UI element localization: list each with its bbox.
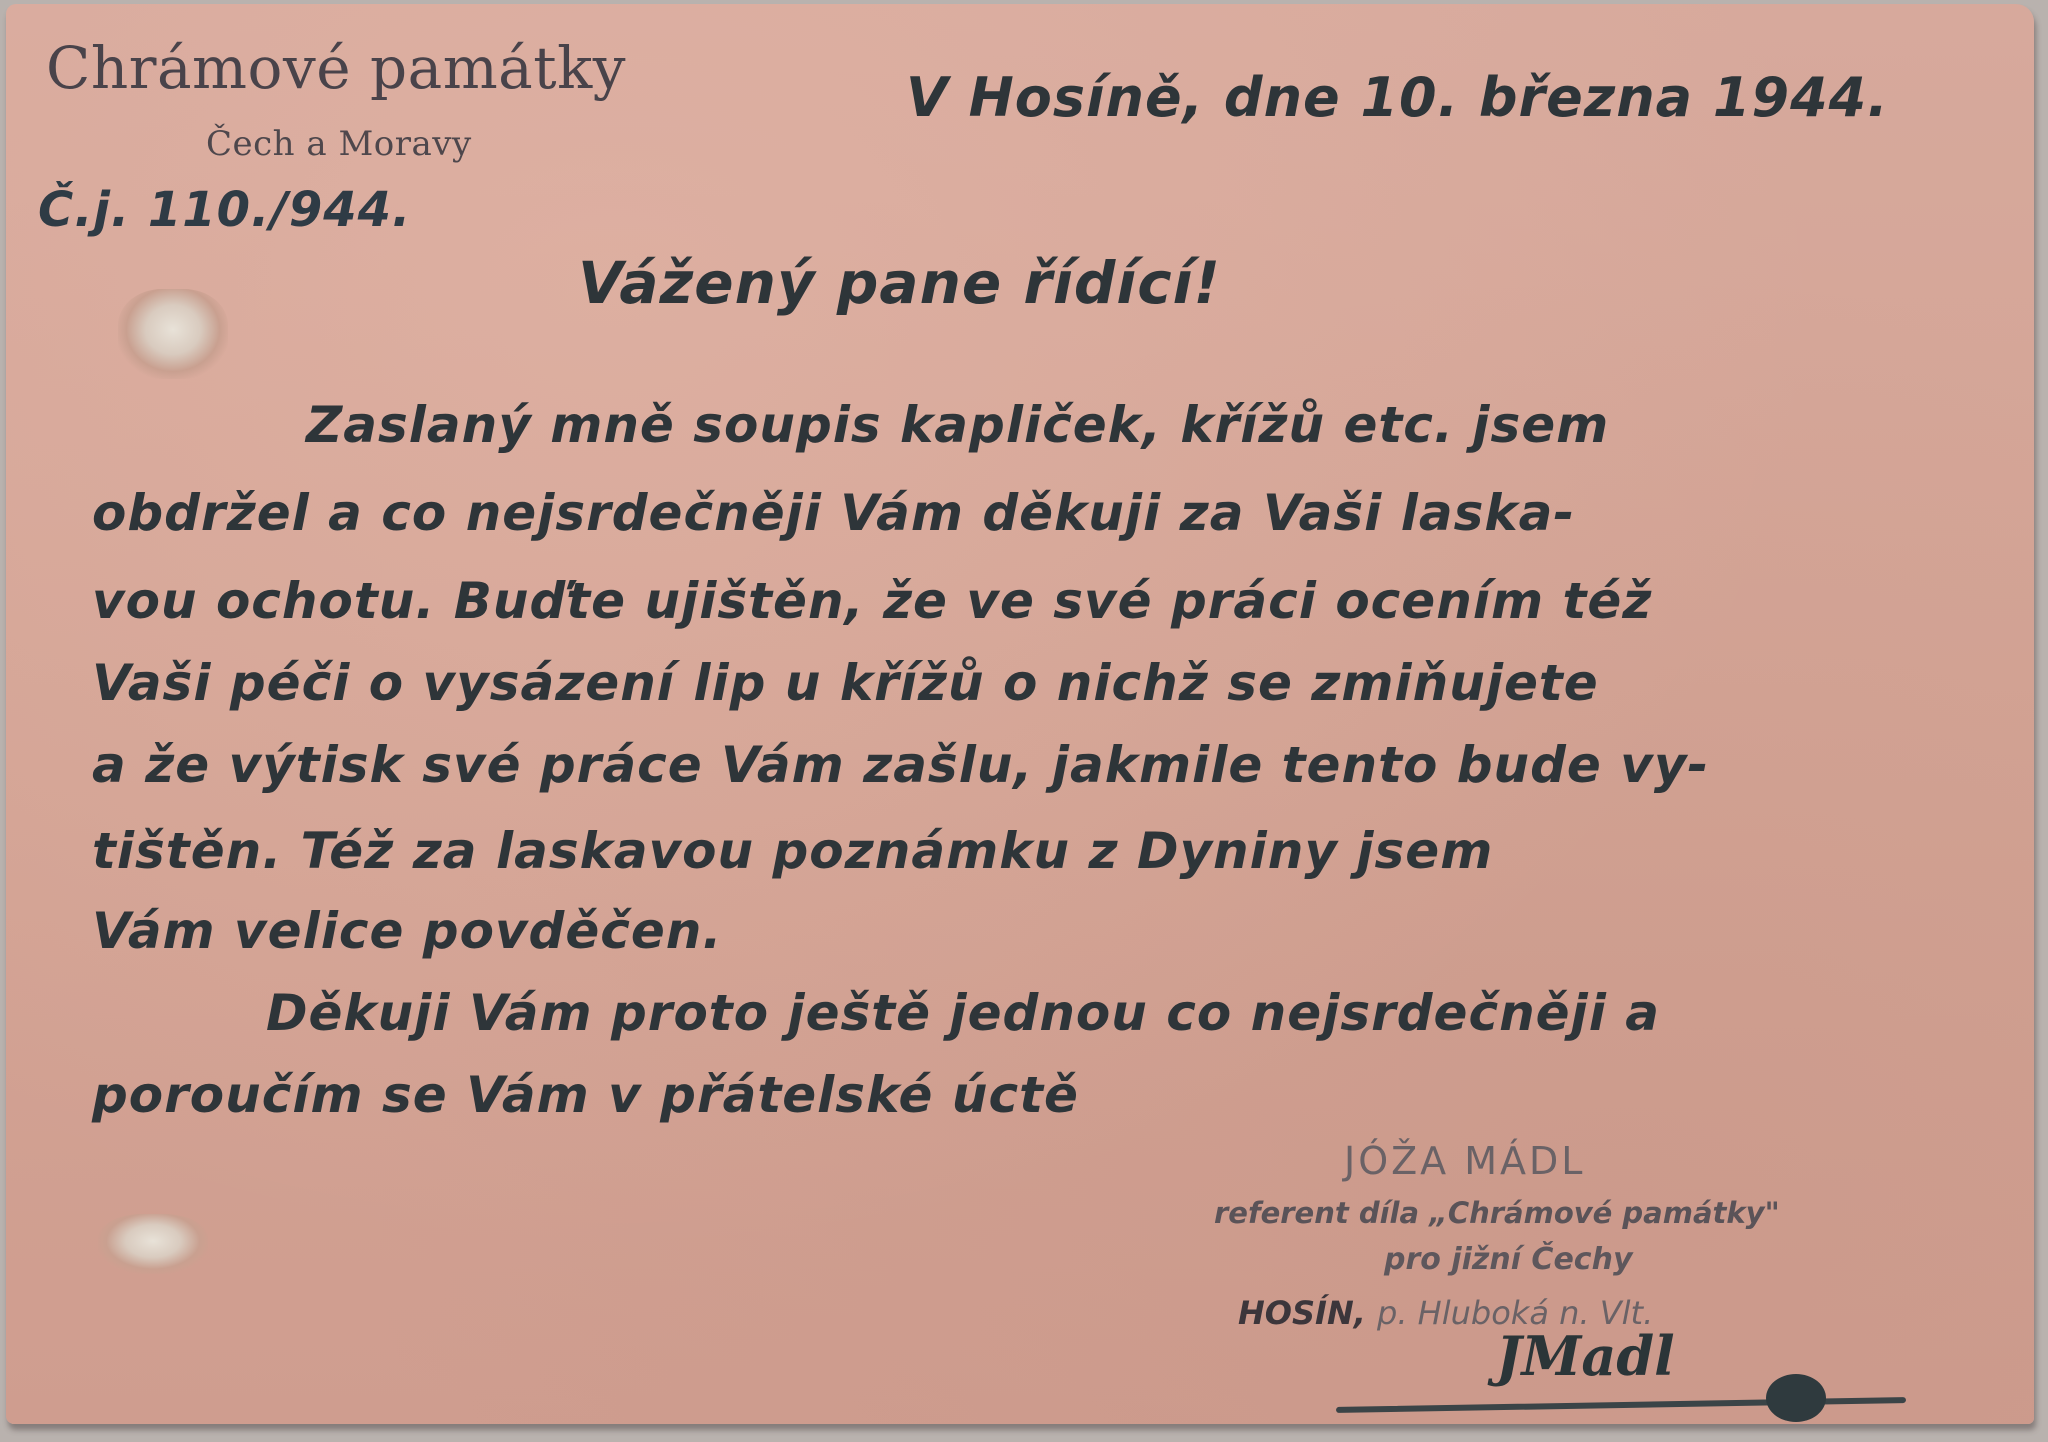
body-line: Děkuji Vám proto ještě jednou co nejsrde… [266, 984, 1660, 1042]
body-line: obdržel a co nejsrdečněji Vám děkuji za … [92, 484, 1575, 542]
signature: JMadl [1496, 1324, 1675, 1388]
letterhead-title: Chrámové památky [46, 34, 626, 102]
punch-hole-top [118, 289, 228, 379]
body-line: Zaslaný mně soupis kapliček, křížů etc. … [306, 396, 1609, 454]
date-line: V Hosíně, dne 10. března 1944. [906, 66, 1889, 129]
postcard: Chrámové památky Čech a Moravy Č.j. 110.… [6, 4, 2034, 1424]
body-line: a že výtisk své práce Vám zašlu, jakmile… [92, 736, 1709, 794]
body-line: vou ochotu. Buďte ujištěn, že ve své prá… [92, 572, 1652, 630]
body-line: poroučím se Vám v přátelské úctě [92, 1066, 1079, 1124]
punch-hole-bottom [98, 1214, 208, 1274]
stamp-name: JÓŽA MÁDL [1344, 1139, 1585, 1183]
letterhead-subtitle: Čech a Moravy [206, 124, 472, 164]
salutation: Vážený pane řídící! [578, 249, 1221, 317]
body-line: Vám velice povděčen. [92, 902, 722, 960]
reference-number: Č.j. 110./944. [38, 182, 411, 238]
body-line: Vaši péči o vysázení lip u křížů o nichž… [92, 654, 1599, 712]
body-line: tištěn. Též za laskavou poznámku z Dynin… [92, 822, 1493, 880]
stamp-region: pro jižní Čechy [1384, 1242, 1633, 1277]
ink-blot [1766, 1374, 1826, 1422]
stamp-role: referent díla „Chrámové památky" [1214, 1196, 1780, 1230]
stamp-place: HOSÍN, [1238, 1294, 1366, 1332]
